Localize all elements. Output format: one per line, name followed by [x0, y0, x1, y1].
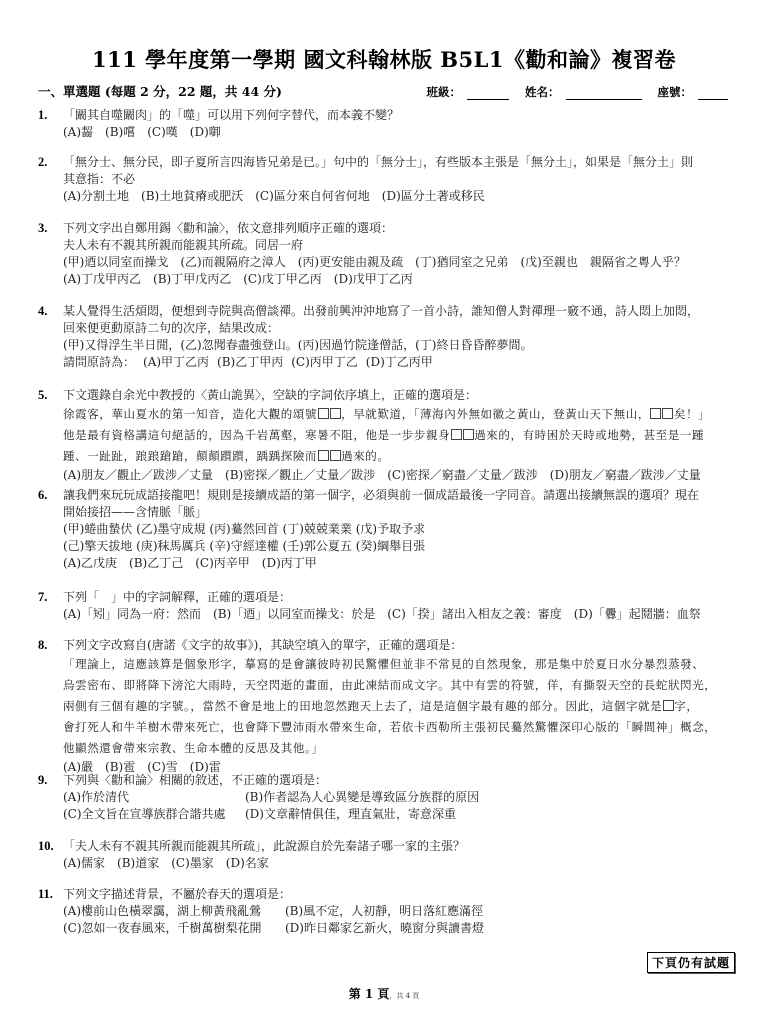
option-d[interactable]: (D)文章辭情俱佳，理直氣壯，寄意深重 — [245, 806, 738, 823]
poem-lines: (甲)又得浮生半日閒，(乙)忽聞春盡強登山。(丙)因過竹院逢僧話，(丁)終日昏昏… — [63, 337, 738, 354]
blank-box — [318, 450, 329, 461]
option-a[interactable]: (A)儒家 — [63, 855, 105, 872]
question-10: 10. 「夫人未有不親其所親而能親其所疏」，此說源自於先秦諸子哪一家的主張？ (… — [38, 838, 738, 872]
question-stem: 下列文字描述背景，不屬於春天的選項是： — [63, 886, 738, 903]
option-b[interactable]: (B)乙丁甲丙 — [217, 354, 283, 371]
option-d[interactable]: (D)朋友／窮盡／跋涉／丈量 — [550, 467, 701, 484]
question-6: 6. 讓我們來玩玩成語接龍吧！規則是接續成語的第一個字，必須與前一個成語最後一字… — [38, 487, 738, 572]
question-number: 7. — [38, 589, 62, 606]
option-a[interactable]: (A)丁戊甲丙乙 — [63, 271, 141, 288]
question-stem: 某人覺得生活煩悶，便想到寺院與高僧談禪。出發前興沖沖地寫了一首小詩，誰知僧人對禪… — [63, 303, 738, 320]
option-c[interactable]: (C)全文旨在宣導族群合諧共處 — [63, 806, 245, 823]
question-8: 8. 下列文字改寫自(唐諾《文字的故事》)，其缺空填入的單字，正確的選項是： 「… — [38, 637, 738, 776]
question-stem: 「夫人未有不親其所親而能親其所疏」，此說源自於先秦諸子哪一家的主張？ — [63, 838, 738, 855]
options: (A)朋友／觀止／跋涉／丈量 (B)密探／觀止／丈量／跋涉 (C)密探／窮盡／丈… — [63, 467, 738, 484]
idiom-items-row1: (甲)蜷曲蟄伏 (乙)墨守成規 (丙)驀然回首 (丁)兢兢業業 (戊)予取予求 — [63, 521, 738, 538]
options: (A)齧 (B)嚐 (C)嘆 (D)啣 — [63, 124, 738, 141]
class-label: 班級： — [427, 84, 462, 100]
name-field[interactable] — [566, 88, 642, 100]
question-number: 10. — [38, 838, 62, 855]
options: (A)丁戊甲丙乙 (B)丁甲戊丙乙 (C)戊丁甲乙丙 (D)戊甲丁乙丙 — [63, 271, 738, 288]
option-a[interactable]: (A)甲丁乙丙 — [143, 354, 209, 371]
question-stem: 下列文字出自鄭用錫〈勸和論〉，依文意排列順序正確的選項： — [63, 220, 738, 237]
question-stem: 夫人未有不親其所親而能親其所疏。同居一府 — [63, 237, 738, 254]
option-b[interactable]: (B)道家 — [117, 855, 159, 872]
question-number: 11. — [38, 886, 62, 903]
blank-box — [650, 408, 661, 419]
option-c[interactable]: (C)丙辛甲 — [195, 555, 250, 572]
option-a[interactable]: (A)齧 — [63, 124, 93, 141]
option-c[interactable]: (C)墨家 — [171, 855, 214, 872]
option-a[interactable]: (A)樓前山色橫翠靄，湖上柳黃飛亂鶯 — [63, 903, 285, 920]
option-a[interactable]: (A)朋友／觀止／跋涉／丈量 — [63, 467, 213, 484]
question-number: 8. — [38, 637, 62, 654]
option-d[interactable]: (D)區分土著或移民 — [382, 188, 485, 205]
option-b[interactable]: (B)作者認為人心異變是導致區分族群的原因 — [245, 789, 738, 806]
option-a[interactable]: (A)分割土地 — [63, 188, 129, 205]
option-d[interactable]: (D)名家 — [226, 855, 269, 872]
blank-box — [662, 408, 673, 419]
name-label: 姓名： — [525, 84, 560, 100]
options: (A)作於清代 (B)作者認為人心異變是導致區分族群的原因 (C)全文旨在宣導族… — [63, 789, 738, 823]
blank-box — [330, 450, 341, 461]
blank-box — [463, 429, 474, 440]
question-5: 5. 下文選錄自余光中教授的〈黃山詭異〉，空缺的字詞依序填上，正確的選項是： 徐… — [38, 387, 738, 484]
question-stem: 其意指：不必 — [63, 171, 738, 188]
question-number: 3. — [38, 220, 62, 237]
page-footer: 第 1 頁，共 4 頁 — [0, 985, 768, 1002]
sentence-items: (甲)迺以同室而操戈 (乙)而親隔府之漳人 (丙)更安能由親及疏 (丁)猶同室之… — [63, 254, 738, 271]
question-number: 5. — [38, 387, 62, 404]
option-c[interactable]: (C)丙甲丁乙 — [291, 354, 358, 371]
page-total: ，共 4 頁 — [389, 992, 419, 1000]
question-stem: 讓我們來玩玩成語接龍吧！規則是接續成語的第一個字，必須與前一個成語最後一字同音。… — [63, 487, 738, 504]
question-stem: 下列「 」中的字詞解釋，正確的選項是： — [63, 589, 738, 606]
options: (A)樓前山色橫翠靄，湖上柳黃飛亂鶯 (B)風不定，人初靜，明日落紅應滿徑 (C… — [63, 903, 738, 937]
blank-box — [330, 408, 341, 419]
option-b[interactable]: (B)嚐 — [105, 124, 135, 141]
question-number: 4. — [38, 303, 62, 320]
page-title: 111 學年度第一學期 國文科翰林版 B5L1《勸和論》複習卷 — [0, 44, 768, 74]
next-page-notice: 下頁仍有試題 — [647, 952, 735, 973]
question-2: 2. 「無分士、無分民，即子夏所言四海皆兄弟是已。」句中的「無分士」，有些版本主… — [38, 154, 738, 205]
option-b[interactable]: (B)風不定，人初靜，明日落紅應滿徑 — [285, 903, 738, 920]
option-c[interactable]: (C)戊丁甲乙丙 — [243, 271, 322, 288]
option-b[interactable]: (B)丁甲戊丙乙 — [153, 271, 231, 288]
options: (A)乙戊庚 (B)乙丁己 (C)丙辛甲 (D)丙丁甲 — [63, 555, 738, 572]
option-c[interactable]: (C)忽如一夜春風來，千樹萬樹梨花開 — [63, 920, 285, 937]
question-number: 2. — [38, 154, 62, 171]
idiom-items-row2: (己)擎天拔地 (庚)秣馬厲兵 (辛)守經達權 (壬)郭公夏五 (癸)綱舉目張 — [63, 538, 738, 555]
question-stem: 回來便更動原詩二句的次序，結果改成： — [63, 320, 738, 337]
options: (A)分割土地 (B)土地貧瘠或肥沃 (C)區分來自何省何地 (D)區分土著或移… — [63, 188, 738, 205]
question-stem: 「無分士、無分民，即子夏所言四海皆兄弟是已。」句中的「無分士」，有些版本主張是「… — [63, 154, 738, 171]
option-a[interactable]: (A)乙戊庚 — [63, 555, 117, 572]
question-stem: 下列文字改寫自(唐諾《文字的故事》)，其缺空填入的單字，正確的選項是： — [63, 637, 738, 654]
option-d[interactable]: (D)昨日鄰家乞新火，曉窗分與讀書燈 — [285, 920, 738, 937]
option-d[interactable]: (D)啣 — [190, 124, 221, 141]
question-3: 3. 下列文字出自鄭用錫〈勸和論〉，依文意排列順序正確的選項： 夫人未有不親其所… — [38, 220, 738, 288]
question-7: 7. 下列「 」中的字詞解釋，正確的選項是： (A)「矧」同為一府：然而 (B)… — [38, 589, 738, 623]
option-d[interactable]: (D)「釁」起鬩牆：血祭 — [574, 606, 701, 623]
question-stem: 「闞其自噬闞肉」的「噬」可以用下列何字替代，而本義不變？ — [63, 107, 738, 124]
section-heading: 一、單選題 (每題 2 分，22 題，共 44 分) — [38, 82, 282, 100]
option-c[interactable]: (C)密探／窮盡／丈量／跋涉 — [387, 467, 538, 484]
question-1: 1. 「闞其自噬闞肉」的「噬」可以用下列何字替代，而本義不變？ (A)齧 (B)… — [38, 107, 738, 141]
section-header: 一、單選題 (每題 2 分，22 題，共 44 分) 班級： 姓名： 座號： — [38, 82, 728, 100]
option-d[interactable]: (D)丙丁甲 — [262, 555, 317, 572]
seat-label: 座號： — [658, 84, 693, 100]
options: (A)「矧」同為一府：然而 (B)「迺」以同室而操戈：於是 (C)「揆」諸出入相… — [63, 606, 738, 623]
question-stem: 下文選錄自余光中教授的〈黃山詭異〉，空缺的字詞依序填上，正確的選項是： — [63, 387, 738, 404]
option-b[interactable]: (B)土地貧瘠或肥沃 — [141, 188, 243, 205]
options: 請問原詩為： (A)甲丁乙丙 (B)乙丁甲丙 (C)丙甲丁乙 (D)丁乙丙甲 — [63, 354, 738, 371]
question-stem: 開始接招——含情脈「脈」 — [63, 504, 738, 521]
option-d[interactable]: (D)丁乙丙甲 — [366, 354, 433, 371]
option-b[interactable]: (B)「迺」以同室而操戈：於是 — [213, 606, 375, 623]
options: (A)儒家 (B)道家 (C)墨家 (D)名家 — [63, 855, 738, 872]
question-4: 4. 某人覺得生活煩悶，便想到寺院與高僧談禪。出發前興沖沖地寫了一首小詩，誰知僧… — [38, 303, 738, 371]
question-prompt: 請問原詩為： — [63, 354, 135, 371]
option-c[interactable]: (C)「揆」諸出入相友之義：審度 — [387, 606, 562, 623]
question-number: 6. — [38, 487, 62, 504]
question-number: 9. — [38, 772, 62, 789]
option-d[interactable]: (D)戊甲丁乙丙 — [334, 271, 413, 288]
option-a[interactable]: (A)作於清代 — [63, 789, 245, 806]
passage: 「理論上，這應該算是個象形字，摹寫的是會讓彼時初民驚懼但並非不常見的自然現象，那… — [63, 654, 738, 759]
question-number: 1. — [38, 107, 62, 124]
option-c[interactable]: (C)區分來自何省何地 — [255, 188, 370, 205]
blank-box — [318, 408, 329, 419]
blank-box — [663, 700, 674, 711]
option-b[interactable]: (B)密探／觀止／丈量／跋涉 — [225, 467, 375, 484]
class-field[interactable] — [467, 88, 509, 100]
blank-box — [451, 429, 462, 440]
passage: 徐霞客，華山夏水的第一知音，造化大觀的頌號，早就歎道，「薄海內外無如徽之黃山，登… — [63, 404, 738, 467]
question-9: 9. 下列與〈勸和論〉相關的敘述，不正確的選項是： (A)作於清代 (B)作者認… — [38, 772, 738, 823]
student-info-fields: 班級： 姓名： 座號： — [427, 84, 729, 100]
option-a[interactable]: (A)「矧」同為一府：然而 — [63, 606, 201, 623]
page-number: 第 1 頁 — [349, 987, 390, 1001]
option-b[interactable]: (B)乙丁己 — [129, 555, 183, 572]
seat-field[interactable] — [698, 88, 728, 100]
option-c[interactable]: (C)嘆 — [147, 124, 178, 141]
question-stem: 下列與〈勸和論〉相關的敘述，不正確的選項是： — [63, 772, 738, 789]
question-11: 11. 下列文字描述背景，不屬於春天的選項是： (A)樓前山色橫翠靄，湖上柳黃飛… — [38, 886, 738, 937]
